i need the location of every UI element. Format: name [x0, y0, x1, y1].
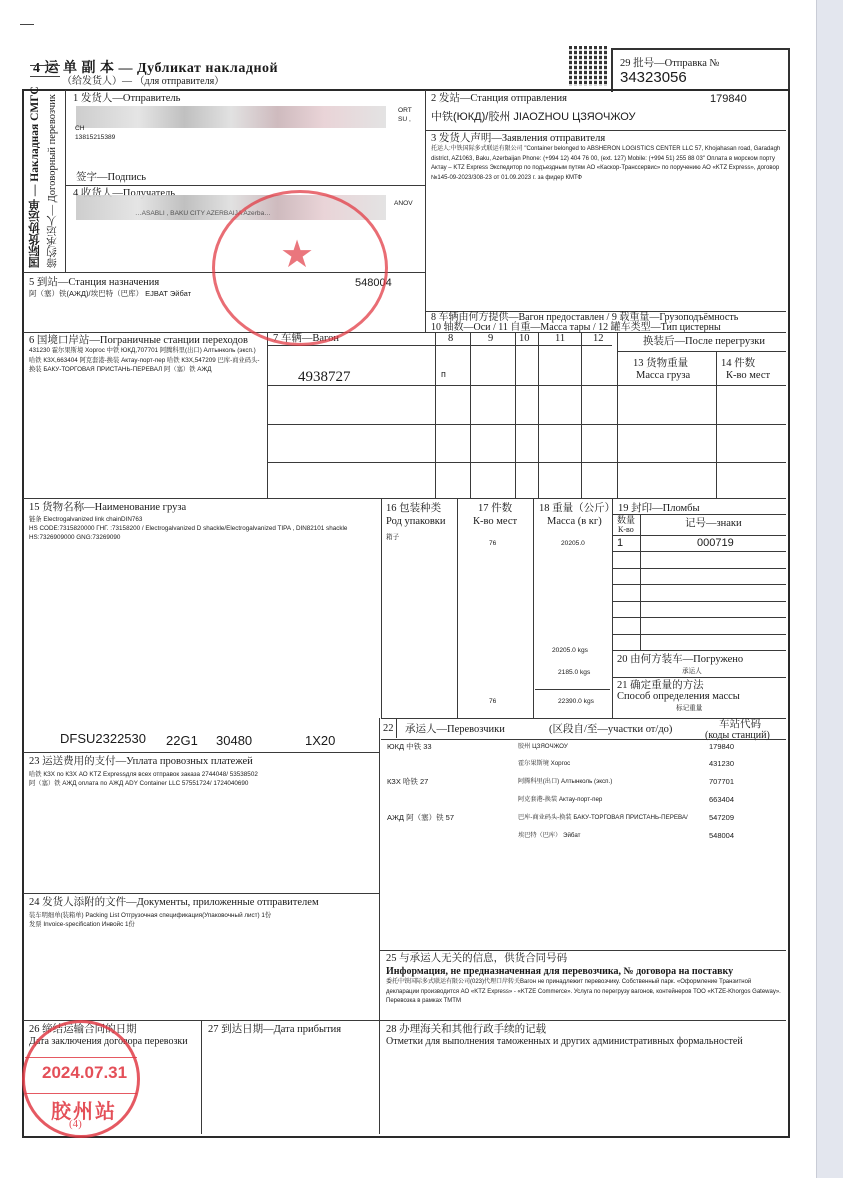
field-3-label: 3 发货人声明—Заявления отправителя [431, 133, 605, 145]
divider [612, 535, 786, 536]
divider [23, 893, 379, 894]
field-16-label-ru: Род упаковки [386, 516, 446, 528]
viewer-side-panel [816, 0, 843, 1178]
station-code: 663404 [709, 795, 734, 805]
stamp-date: 2024.07.31 [42, 1063, 127, 1083]
divider [267, 385, 786, 386]
departure-code: 179840 [710, 93, 747, 105]
divider [538, 332, 539, 498]
field-28-label: 28 办理海关和其他行政手续的记载 [386, 1024, 546, 1036]
divider [396, 718, 397, 738]
seal-qty-label-ru: К-во [618, 525, 634, 535]
column-header-12: 12 [593, 333, 604, 345]
packaging-type: 箱子 [386, 533, 399, 543]
carrier-station: 阿克套港-换装 Актау-порт-пер [518, 795, 602, 805]
carrier-name: ЮКД 中铁 33 [387, 742, 432, 752]
field-15-label: 15 货物名称—Наименование груза [29, 502, 186, 514]
field-18-label: 18 重量（公斤） [539, 503, 615, 515]
field-18-label-ru: Масса (в кг) [547, 516, 602, 528]
divider [612, 584, 786, 585]
payment-line-2: 阿（塞）铁 АЖД оплата по АЖД ADY Container LL… [29, 779, 248, 789]
field-23-label: 23 运送费用的支付—Уплата провозных платежей [29, 756, 253, 768]
sections-label: (区段自/至—участки от/до) [549, 724, 672, 736]
divider [612, 634, 786, 635]
field-20-label: 20 由何方装车—Погружено [617, 654, 743, 666]
weight-method: 标记重量 [676, 704, 702, 714]
corner-mark [20, 24, 34, 25]
divider [425, 90, 426, 332]
field-24-label: 24 发货人添附的文件—Документы, приложенные отпра… [29, 897, 319, 909]
container-type: 22G1 [166, 733, 198, 748]
divider [23, 332, 786, 333]
stamp-number: (4) [69, 1118, 82, 1130]
field-21-label-ru: Способ определения массы [617, 691, 740, 703]
field-17-label-ru: К-во мест [473, 516, 517, 528]
stamp-station: 胶州站 [51, 1095, 117, 1124]
sender-phone: 13815215389 [75, 133, 115, 143]
divider [457, 498, 458, 718]
after-transshipment-label: 换装后—После перегрузки [643, 336, 765, 348]
field-16-label: 16 包装种类 [386, 503, 441, 515]
divider [612, 514, 786, 515]
divider [612, 677, 786, 678]
star-icon: ★ [280, 232, 314, 276]
document-subtitle: （给发货人）— （для отправителя） [62, 72, 224, 87]
divider [381, 498, 382, 718]
gross-weight: 22390.0 kgs [558, 697, 594, 707]
divider [66, 185, 425, 186]
divider [23, 752, 379, 753]
divider [23, 498, 786, 499]
pieces-count: 76 [489, 539, 496, 549]
field-29-label: 29 批号—Отправка № [620, 55, 720, 70]
net-weight: 20205.0 kgs [552, 646, 588, 656]
field-1-label: 1 发货人—Отправитель [73, 93, 180, 105]
date-stamp: 2024.07.31 胶州站 (4) [22, 1020, 140, 1138]
field-22-label: 承运人—Перевозчики [405, 724, 505, 736]
wagon-provided-by: п [441, 369, 446, 379]
seal-marks-label: 记号—знаки [685, 518, 742, 530]
divider [201, 1020, 202, 1134]
field-22-number: 22 [383, 723, 394, 735]
sender-declaration: 托运人:中铁国际多式联运有限公司 "Container belonged to … [431, 145, 781, 183]
divider [267, 332, 268, 498]
divider [379, 950, 786, 951]
qr-code [569, 46, 609, 86]
field-25-label-ru: Информация, не предназначенная для перев… [386, 966, 733, 978]
column-header-11: 11 [555, 333, 565, 345]
divider [617, 351, 786, 352]
column-header-13: 13 货物重量 [633, 358, 688, 370]
column-header-14: 14 件数 [721, 358, 755, 370]
divider [267, 462, 786, 463]
divider [425, 130, 786, 131]
destination-station: 阿（塞）铁(АЖД)/埃巴特（巴库） EJBAT Эйбат [29, 289, 191, 299]
field-28-label-ru: Отметки для выполнения таможенных и друг… [386, 1036, 743, 1048]
divider [612, 617, 786, 618]
divider [267, 424, 786, 425]
title-underline [30, 76, 60, 77]
border-stations: 431230 霍尔果斯境 Хоргос 中铁 ЮКД,707701 阿腾科里(出… [29, 346, 261, 375]
column-header-14-ru: К-во мест [726, 370, 770, 382]
divider [535, 689, 610, 690]
seal-qty: 1 [617, 537, 623, 549]
side-title-2: 缔约承运人— Договорный перевозчик [45, 98, 60, 268]
divider [612, 568, 786, 569]
divider [581, 332, 582, 498]
field-5-label: 5 到站—Станция назначения [29, 277, 159, 289]
divider [612, 650, 786, 651]
station-code: 431230 [709, 759, 734, 769]
carrier-station: 巴库-商业码头-换装 БАКУ-ТОРГОВАЯ ПРИСТАНЬ-ПЕРЕВА… [518, 813, 688, 823]
divider [65, 90, 66, 272]
station-code: 547209 [709, 813, 734, 823]
container-weight: 30480 [216, 733, 252, 748]
loaded-by: 承运人 [682, 667, 702, 677]
station-codes-label-ru: (коды станций) [705, 730, 770, 742]
station-code: 179840 [709, 742, 734, 752]
divider [617, 332, 618, 498]
sender-text: SU , [398, 115, 411, 125]
seal-qty-label: 数量 [617, 515, 635, 525]
column-header-8: 8 [448, 333, 453, 345]
divider [612, 551, 786, 552]
weight-value: 20205.0 [561, 539, 585, 549]
contract-info: 委托中铁国际多式联运有限公司(023)代理口岸转关Вагон не принад… [386, 978, 781, 1007]
station-code: 548004 [709, 831, 734, 841]
divider [612, 601, 786, 602]
carrier-station: 胶州 ЦЗЯОЧЖОУ [518, 742, 568, 752]
carrier-station: 埃巴特（巴库） Эйбат [518, 831, 580, 841]
redacted-sender [76, 106, 386, 128]
cargo-line-3: HS:7326909000 GNG:73269090 [29, 533, 120, 543]
divider [23, 1020, 786, 1021]
carrier-station: 霍尔果斯境 Хоргос [518, 759, 570, 769]
container-qty: 1X20 [305, 733, 335, 748]
divider [612, 498, 613, 718]
carrier-name: АЖД 阿（塞）铁 57 [387, 813, 454, 823]
divider [379, 718, 380, 1134]
pieces-total: 76 [489, 697, 496, 707]
column-header-10: 10 [519, 333, 530, 345]
container-number: DFSU2322530 [60, 731, 146, 746]
field-27-label: 27 到达日期—Дата прибытия [208, 1024, 341, 1036]
station-code: 707701 [709, 777, 734, 787]
divider [381, 739, 786, 740]
field-29-box: 29 批号—Отправка № 34323056 [611, 48, 790, 92]
tare-weight: 2185.0 kgs [558, 668, 590, 678]
side-title-1: 国际货协运单 — Накладная СМГС [27, 98, 43, 268]
shipment-number: 34323056 [620, 69, 687, 86]
departure-station: 中铁(ЮКД)/胶州 JIAOZHOU ЦЗЯОЧЖОУ [431, 108, 636, 124]
divider [435, 332, 436, 498]
title-underline [30, 65, 60, 66]
column-header-9: 9 [488, 333, 493, 345]
signature-label: 签字—Подпись [76, 172, 146, 184]
divider [267, 345, 612, 346]
carrier-name: КЗХ 哈铁 27 [387, 777, 428, 787]
column-header-13-ru: Масса груза [636, 370, 690, 382]
divider [716, 352, 717, 498]
seal-mark: 000719 [697, 537, 734, 549]
divider [470, 332, 471, 498]
carrier-station: 阿腾科里(出口) Алтынколь (эксп.) [518, 777, 612, 787]
divider [533, 498, 534, 718]
wagon-number: 4938727 [298, 369, 351, 386]
field-17-label: 17 件数 [478, 503, 512, 515]
documents-line-2: 发票 Invoice-specification Инвойс 1份 [29, 920, 135, 930]
field-25-label: 25 与承运人无关的信息，供货合同号码 [386, 953, 567, 965]
consignee-text: ANOV [394, 199, 413, 209]
divider [515, 332, 516, 498]
field-2-label: 2 发站—Станция отправления [431, 93, 567, 105]
